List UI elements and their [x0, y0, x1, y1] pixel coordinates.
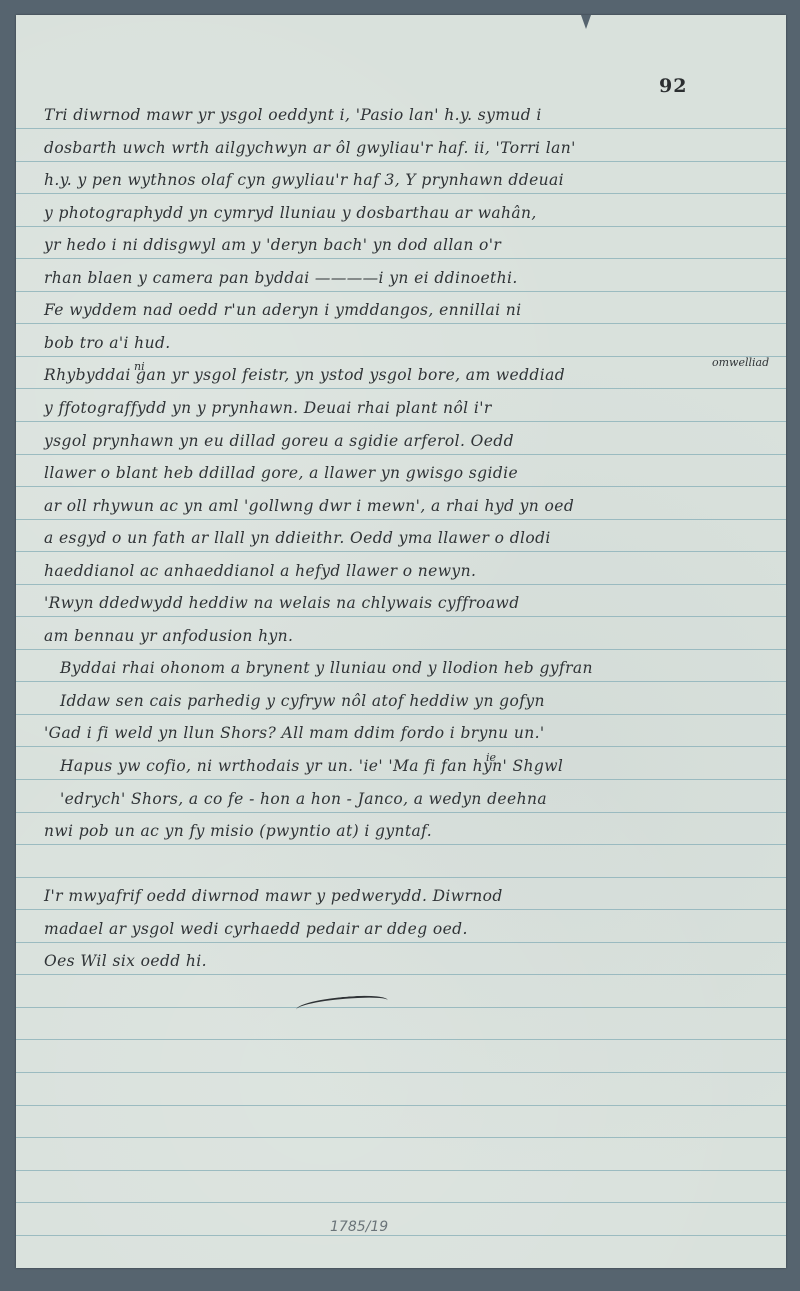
ruled-line	[16, 226, 786, 227]
ruled-line	[16, 746, 786, 747]
ruled-line	[16, 1039, 786, 1040]
ruled-line	[16, 161, 786, 162]
ruled-line	[16, 779, 786, 780]
handwritten-line: 'edrych' Shors, a co fe - hon a hon - Ja…	[60, 790, 547, 808]
ruled-line	[16, 584, 786, 585]
ruled-line	[16, 649, 786, 650]
ruled-line	[16, 1202, 786, 1203]
ruled-line	[16, 519, 786, 520]
ruled-line	[16, 128, 786, 129]
interlinear-insert: ie	[486, 751, 496, 764]
ruled-line	[16, 258, 786, 259]
handwritten-line: rhan blaen y camera pan byddai ————i yn …	[44, 269, 518, 287]
handwritten-line: bob tro a'i hud.	[44, 334, 171, 352]
handwritten-line: am bennau yr anfodusion hyn.	[44, 627, 293, 645]
handwritten-line: Tri diwrnod mawr yr ysgol oeddynt i, 'Pa…	[44, 106, 542, 124]
handwritten-line: a esgyd o un fath ar llall yn ddieithr. …	[44, 529, 551, 547]
ruled-line	[16, 1072, 786, 1073]
interlinear-insert: ni	[134, 360, 145, 373]
ruled-line	[16, 193, 786, 194]
handwritten-line: llawer o blant heb ddillad gore, a llawe…	[44, 464, 518, 482]
page-number: 92	[659, 75, 687, 97]
ruled-line	[16, 486, 786, 487]
handwritten-line: I'r mwyafrif oedd diwrnod mawr y pedwery…	[44, 887, 503, 905]
handwritten-line: Byddai rhai ohonom a brynent y lluniau o…	[60, 659, 593, 677]
ruled-line	[16, 681, 786, 682]
handwritten-line: ysgol prynhawn yn eu dillad goreu a sgid…	[44, 432, 514, 450]
archive-reference: 1785/19	[330, 1219, 388, 1235]
ruled-line	[16, 388, 786, 389]
manuscript-page: 92 Tri diwrnod mawr yr ysgol oeddynt i, …	[16, 15, 786, 1268]
ruled-line	[16, 454, 786, 455]
ruled-line	[16, 551, 786, 552]
handwritten-line: madael ar ysgol wedi cyrhaedd pedair ar …	[44, 920, 468, 938]
handwritten-line: y photographydd yn cymryd lluniau y dosb…	[44, 204, 537, 222]
handwritten-line: Fe wyddem nad oedd r'un aderyn i ymddang…	[44, 301, 522, 319]
handwritten-line: nwi pob un ac yn fy misio (pwyntio at) i…	[44, 822, 432, 840]
ruled-line	[16, 1235, 786, 1236]
ruled-line	[16, 942, 786, 943]
ruled-line	[16, 421, 786, 422]
ruled-line	[16, 1007, 786, 1008]
paper-tear-notch	[581, 15, 591, 29]
handwritten-line: haeddianol ac anhaeddianol a hefyd llawe…	[44, 562, 476, 580]
ruled-line	[16, 616, 786, 617]
ruled-line	[16, 714, 786, 715]
handwritten-line: yr hedo i ni ddisgwyl am y 'deryn bach' …	[44, 236, 501, 254]
handwritten-line: Rhybyddai gan yr ysgol feistr, yn ystod …	[44, 366, 565, 384]
handwritten-line: Oes Wil six oedd hi.	[44, 952, 207, 970]
signature-flourish	[296, 994, 389, 1016]
ruled-line	[16, 974, 786, 975]
handwritten-line: ar oll rhywun ac yn aml 'gollwng dwr i m…	[44, 497, 574, 515]
ruled-line	[16, 1105, 786, 1106]
ruled-line	[16, 812, 786, 813]
ruled-line	[16, 1170, 786, 1171]
handwritten-line: y ffotograffydd yn y prynhawn. Deuai rha…	[44, 399, 492, 417]
handwritten-line: 'Gad i fi weld yn llun Shors? All mam dd…	[44, 724, 545, 742]
ruled-line	[16, 1137, 786, 1138]
ruled-line	[16, 356, 786, 357]
handwritten-line: Iddaw sen cais parhedig y cyfryw nôl ato…	[60, 692, 545, 710]
handwritten-line: h.y. y pen wythnos olaf cyn gwyliau'r ha…	[44, 171, 564, 189]
handwritten-line: 'Rwyn ddedwydd heddiw na welais na chlyw…	[44, 594, 520, 612]
ruled-line	[16, 877, 786, 878]
ruled-line	[16, 844, 786, 845]
ruled-line	[16, 909, 786, 910]
ruled-line	[16, 323, 786, 324]
handwritten-line: dosbarth uwch wrth ailgychwyn ar ôl gwyl…	[44, 139, 576, 157]
ruled-line	[16, 291, 786, 292]
interlinear-insert: omwelliad	[712, 356, 769, 369]
